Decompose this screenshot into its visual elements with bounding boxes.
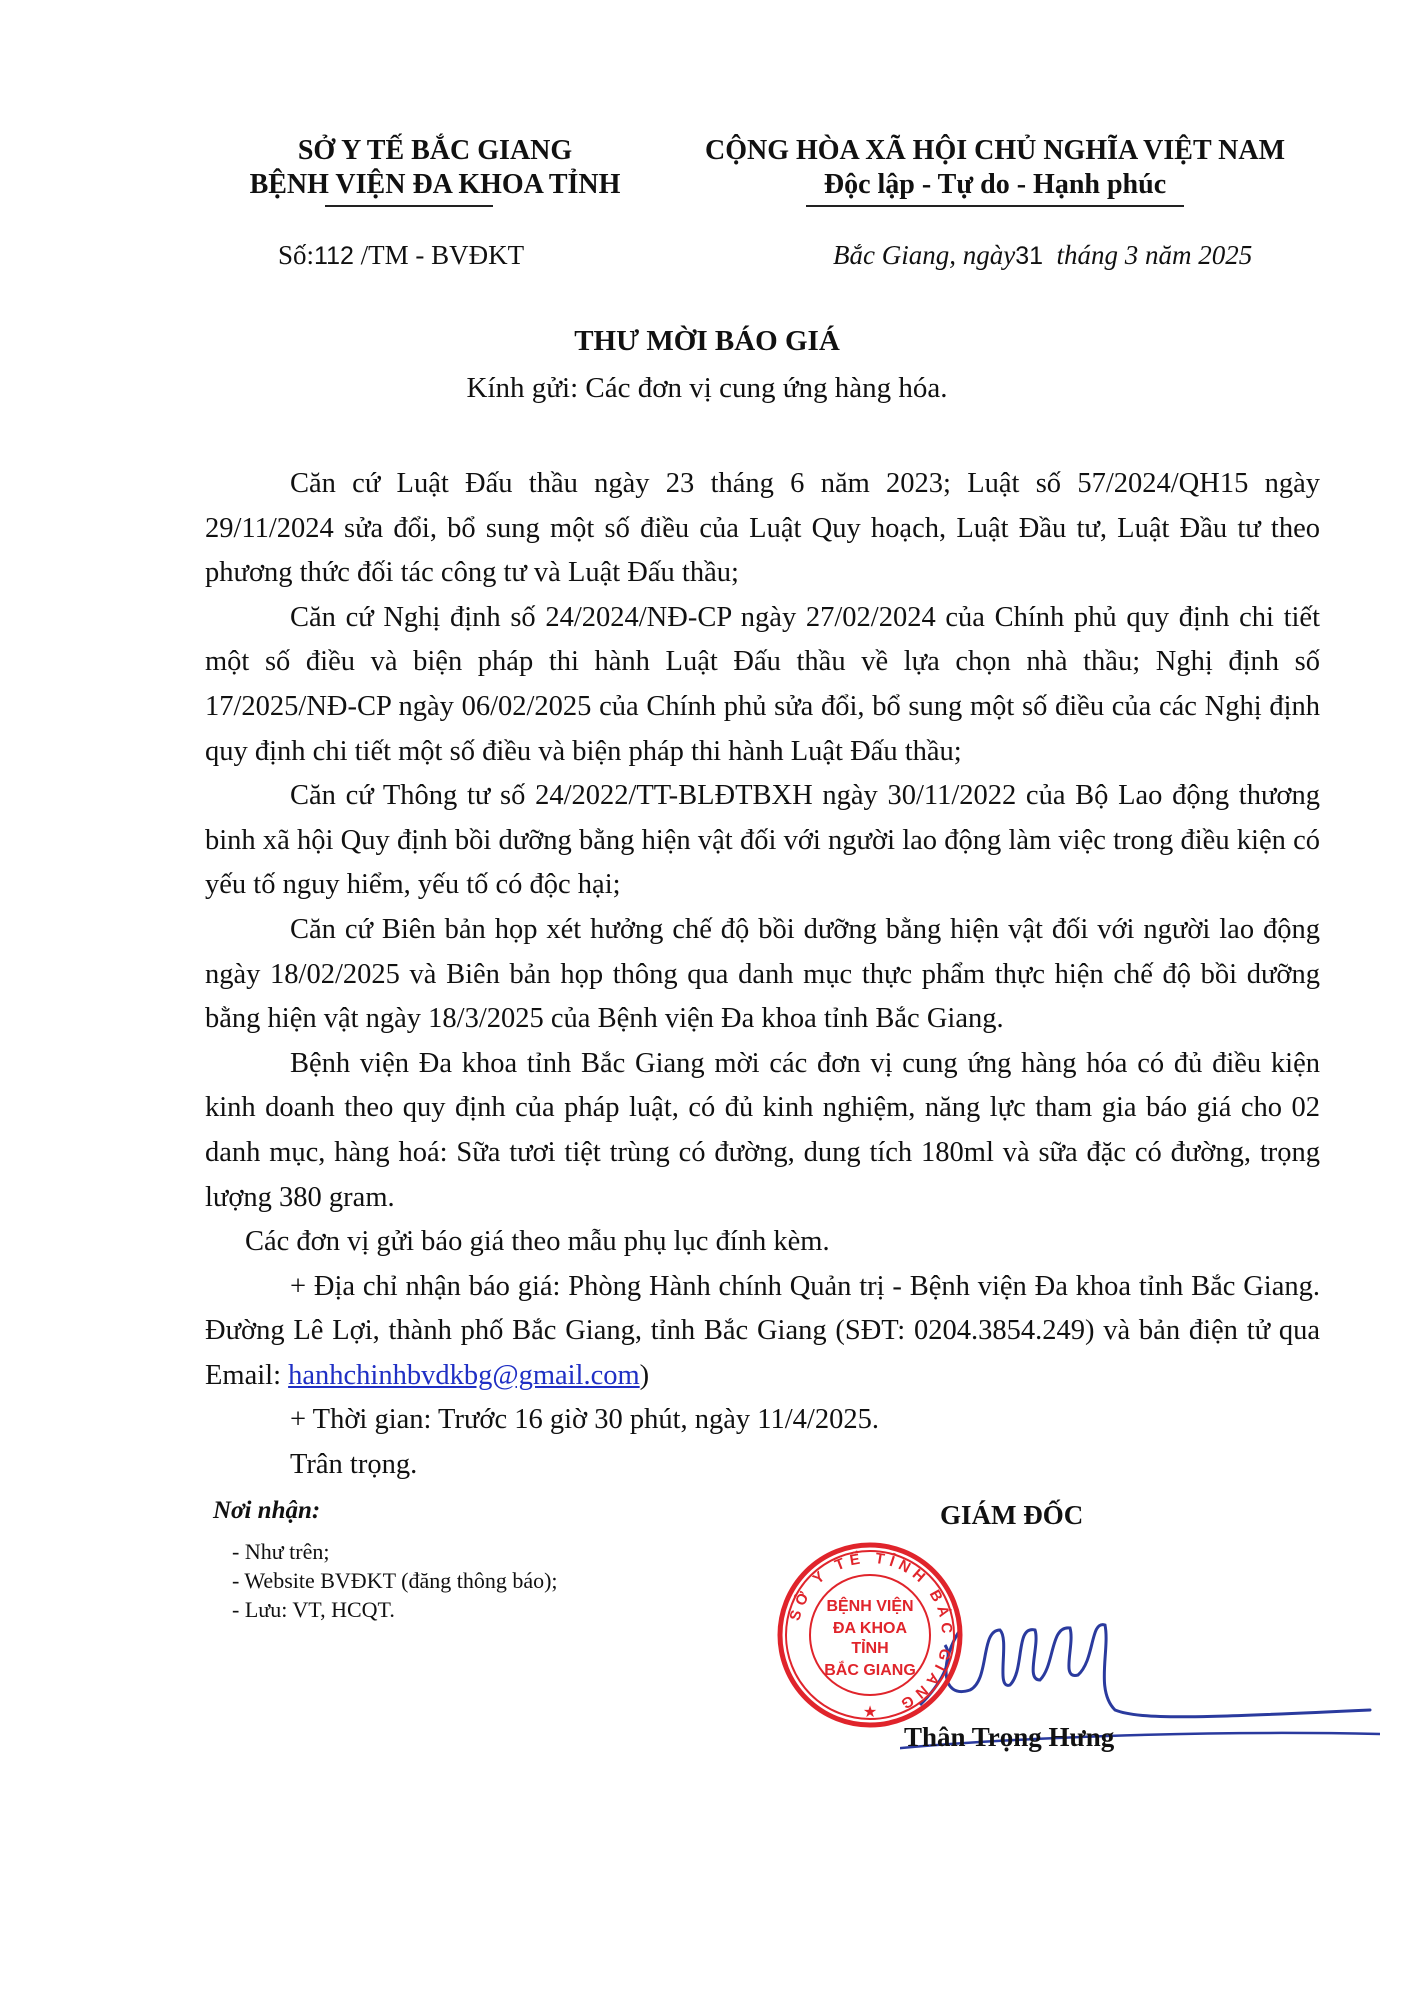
- country-name: CỘNG HÒA XÃ HỘI CHỦ NGHĨA VIỆT NAM: [670, 134, 1320, 168]
- signer-position: GIÁM ĐỐC: [940, 1500, 1083, 1531]
- national-motto: CỘNG HÒA XÃ HỘI CHỦ NGHĨA VIỆT NAM Độc l…: [670, 134, 1320, 202]
- document-title: THƯ MỜI BÁO GIÁ: [0, 325, 1414, 358]
- stamp-line-3: TỈNH: [851, 1638, 888, 1657]
- recipient-item: - Lưu: VT, HCQT.: [232, 1595, 558, 1624]
- document-date: Bắc Giang, ngày31 tháng 3 năm 2025: [833, 240, 1252, 271]
- letter-body: Căn cứ Luật Đấu thầu ngày 23 tháng 6 năm…: [205, 462, 1320, 1488]
- paragraph-address: + Địa chỉ nhận báo giá: Phòng Hành chính…: [205, 1265, 1320, 1399]
- paragraph-template-note: Các đơn vị gửi báo giá theo mẫu phụ lục …: [205, 1220, 1320, 1265]
- doc-number-prefix: Số:: [278, 240, 314, 270]
- agency-parent: SỞ Y TẾ BẮC GIANG: [200, 134, 670, 168]
- closing: Trân trọng.: [205, 1443, 1320, 1488]
- doc-number-value: 112: [314, 242, 354, 270]
- date-day: 31: [1015, 242, 1043, 270]
- agency-name: BỆNH VIỆN ĐA KHOA TỈNH: [200, 168, 670, 202]
- motto: Độc lập - Tự do - Hạnh phúc: [670, 168, 1320, 202]
- paragraph-legal-basis-1: Căn cứ Luật Đấu thầu ngày 23 tháng 6 năm…: [205, 462, 1320, 596]
- recipient-line: Kính gửi: Các đơn vị cung ứng hàng hóa.: [0, 372, 1414, 405]
- stamp-line-2: ĐA KHOA: [833, 1620, 908, 1637]
- paragraph-legal-basis-2: Căn cứ Nghị định số 24/2024/NĐ-CP ngày 2…: [205, 596, 1320, 774]
- address-close: ): [640, 1360, 650, 1391]
- recipients-label: Nơi nhận:: [213, 1497, 320, 1525]
- paragraph-invitation: Bệnh viện Đa khoa tỉnh Bắc Giang mời các…: [205, 1042, 1320, 1220]
- paragraph-legal-basis-3: Căn cứ Thông tư số 24/2022/TT-BLĐTBXH ng…: [205, 774, 1320, 908]
- doc-number-suffix: /TM - BVĐKT: [354, 240, 524, 270]
- date-suffix: tháng 3 năm 2025: [1043, 240, 1252, 270]
- recipient-item: - Như trên;: [232, 1537, 558, 1566]
- stamp-line-4: BẮC GIANG: [824, 1660, 916, 1679]
- stamp-line-1: BỆNH VIỆN: [826, 1596, 913, 1615]
- recipients-list: - Như trên; - Website BVĐKT (đăng thông …: [232, 1537, 558, 1624]
- document-number: Số:112 /TM - BVĐKT: [278, 240, 524, 271]
- paragraph-legal-basis-4: Căn cứ Biên bản họp xét hưởng chế độ bồi…: [205, 908, 1320, 1042]
- star-icon: ★: [863, 1704, 877, 1721]
- paragraph-deadline: + Thời gian: Trước 16 giờ 30 phút, ngày …: [205, 1398, 1320, 1443]
- recipient-item: - Website BVĐKT (đăng thông báo);: [232, 1566, 558, 1595]
- agency-underline: [325, 205, 493, 207]
- date-prefix: Bắc Giang, ngày: [833, 240, 1015, 270]
- motto-underline: [806, 205, 1184, 207]
- official-stamp: SỞ Y TẾ TỈNH BẮC GIANG BỆNH VIỆN ĐA KHOA…: [770, 1535, 970, 1735]
- email-link[interactable]: hanhchinhbvdkbg@gmail.com: [288, 1360, 640, 1391]
- signer-name: Thân Trọng Hưng: [904, 1722, 1114, 1753]
- issuing-agency: SỞ Y TẾ BẮC GIANG BỆNH VIỆN ĐA KHOA TỈNH: [200, 134, 670, 202]
